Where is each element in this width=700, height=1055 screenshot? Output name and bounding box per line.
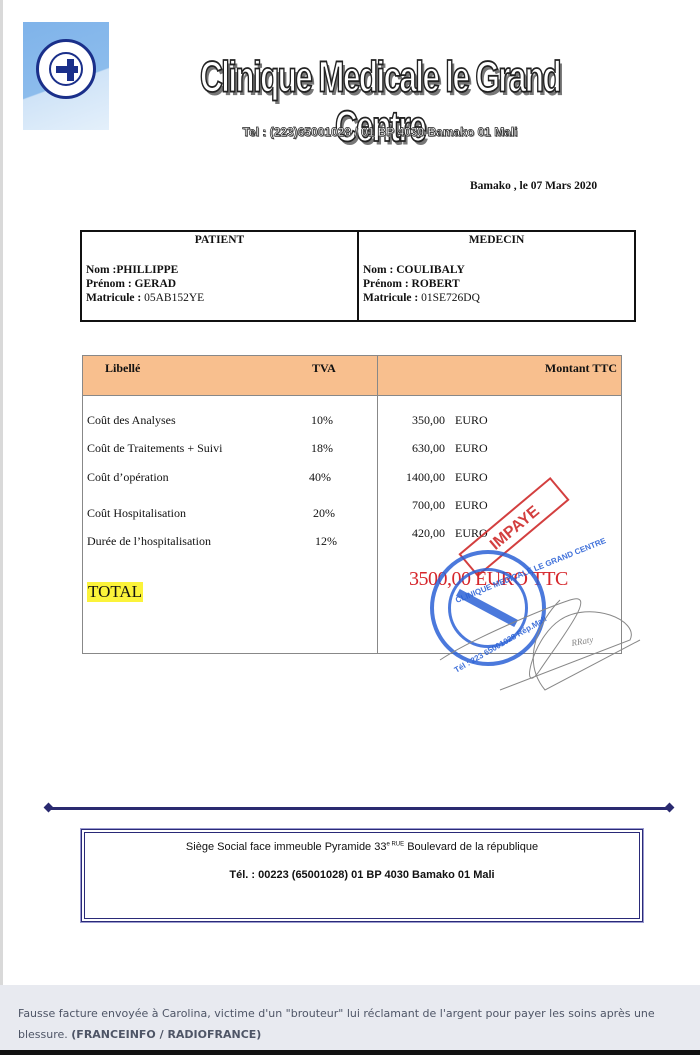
row-currency: EURO bbox=[455, 498, 488, 513]
patient-nom: Nom :PHILLIPPE bbox=[86, 263, 204, 277]
row-amount: 700,00 bbox=[383, 498, 445, 513]
row-label: Coût de Traitements + Suivi bbox=[87, 441, 222, 456]
page-edge bbox=[0, 0, 3, 805]
parties-table: PATIENT Nom :PHILLIPPE Prénom : GERAD Ma… bbox=[80, 230, 636, 322]
medecin-matricule: Matricule : 01SE726DQ bbox=[363, 291, 480, 305]
row-currency: EURO bbox=[455, 413, 488, 428]
footer-separator bbox=[48, 807, 670, 810]
column-header-montant: Montant TTC bbox=[545, 361, 617, 376]
clinic-logo bbox=[23, 22, 109, 130]
column-divider bbox=[377, 356, 378, 653]
row-label: Coût d’opération bbox=[87, 470, 169, 485]
medecin-prenom: Prénom : ROBERT bbox=[363, 277, 480, 291]
column-header-tva: TVA bbox=[312, 361, 336, 376]
total-label: TOTAL bbox=[87, 582, 143, 602]
medecin-nom: Nom : COULIBALY bbox=[363, 263, 480, 277]
row-label: Coût Hospitalisation bbox=[87, 506, 186, 521]
column-header-libelle: Libellé bbox=[105, 361, 140, 376]
row-currency: EURO bbox=[455, 470, 488, 485]
row-amount: 420,00 bbox=[383, 526, 445, 541]
footer-phone-line: Tél. : 00223 (65001028) 01 BP 4030 Bamak… bbox=[85, 869, 639, 881]
footer-address-box: Siège Social face immeuble Pyramide 33e … bbox=[81, 829, 643, 922]
bottom-bar bbox=[0, 1050, 700, 1055]
row-amount: 630,00 bbox=[383, 441, 445, 456]
patient-matricule: Matricule : 05AB152YE bbox=[86, 291, 204, 305]
patient-cell: PATIENT Nom :PHILLIPPE Prénom : GERAD Ma… bbox=[82, 232, 357, 320]
row-amount: 350,00 bbox=[383, 413, 445, 428]
medecin-cell: MEDECIN Nom : COULIBALY Prénom : ROBERT … bbox=[357, 232, 634, 320]
patient-prenom: Prénom : GERAD bbox=[86, 277, 204, 291]
invoice-date: Bamako , le 07 Mars 2020 bbox=[470, 180, 597, 192]
row-tva: 40% bbox=[309, 470, 331, 485]
row-amount: 1400,00 bbox=[383, 470, 445, 485]
row-label: Durée de l’hospitalisation bbox=[87, 534, 211, 549]
row-tva: 18% bbox=[311, 441, 333, 456]
patient-heading: PATIENT bbox=[82, 234, 357, 246]
row-tva: 12% bbox=[315, 534, 337, 549]
invoice-document: Clinique Medicale le Grand Centre Tel : … bbox=[0, 0, 700, 1055]
invoice-header-row: Libellé TVA Montant TTC bbox=[83, 356, 621, 396]
medecin-heading: MEDECIN bbox=[359, 234, 634, 246]
photo-caption: Fausse facture envoyée à Carolina, victi… bbox=[0, 985, 700, 1050]
clinic-contact: Tel : (223)65001028 / 01 BP 4030 Bamako … bbox=[150, 125, 610, 139]
medical-cross-seal-icon bbox=[36, 39, 96, 99]
row-tva: 20% bbox=[313, 506, 335, 521]
row-label: Coût des Analyses bbox=[87, 413, 176, 428]
caption-credit: (FRANCEINFO / RADIOFRANCE) bbox=[71, 1028, 261, 1041]
row-tva: 10% bbox=[311, 413, 333, 428]
row-currency: EURO bbox=[455, 441, 488, 456]
footer-address-line: Siège Social face immeuble Pyramide 33e … bbox=[85, 841, 639, 853]
